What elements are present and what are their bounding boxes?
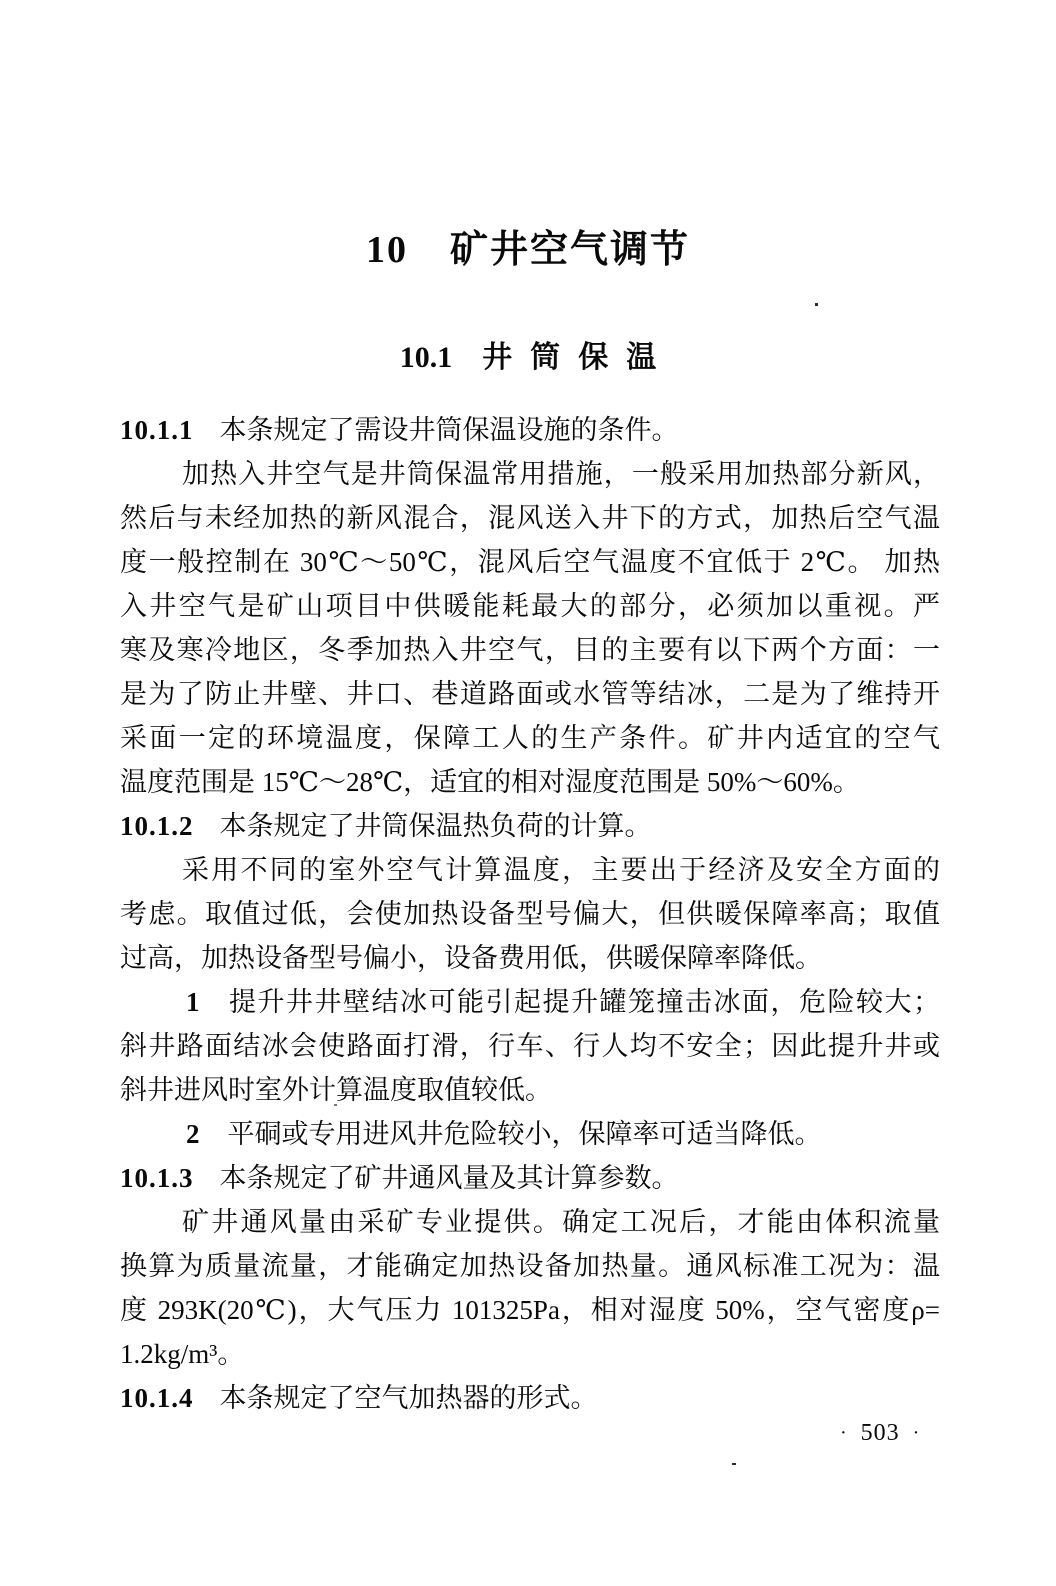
clause-text: 本条规定了空气加热器的形式。	[220, 1383, 598, 1413]
scan-speck	[815, 303, 818, 306]
text-line: 换算为质量流量，才能确定加热设备加热量。通风标准工况为：温	[120, 1244, 940, 1288]
text-line: 考虑。取值过低，会使加热设备型号偏大，但供暖保障率高；取值	[120, 892, 940, 936]
clause-number: 10.1.4	[120, 1383, 194, 1413]
text-line: 度 293K(20℃)，大气压力 101325Pa，相对湿度 50%，空气密度ρ…	[120, 1288, 940, 1332]
clause-number: 10.1.3	[120, 1163, 194, 1193]
clause-text: 本条规定了矿井通风量及其计算参数。	[220, 1163, 679, 1193]
text-line: 矿井通风量由采矿专业提供。确定工况后，才能由体积流量	[120, 1200, 940, 1244]
page-number-left-dot: ·	[840, 1419, 848, 1447]
item-text: 提升井井壁结冰可能引起提升罐笼撞击冰面，危险较大；	[228, 987, 941, 1017]
clause-number: 10.1.1	[120, 415, 194, 445]
clause-number: 10.1.2	[120, 811, 194, 841]
scan-speck	[334, 1104, 337, 1106]
page-number-right-dot: ·	[913, 1419, 921, 1447]
text-line: 加热入井空气是井筒保温常用措施，一般采用加热部分新风，	[120, 452, 940, 496]
text-line: 1.2kg/m³。	[120, 1332, 940, 1376]
text-line: 然后与未经加热的新风混合，混风送入井下的方式，加热后空气温	[120, 496, 940, 540]
scan-speck	[732, 1463, 736, 1465]
section-heading: 10.1井筒保温	[0, 340, 1056, 376]
body-text: 10.1.1本条规定了需设井筒保温设施的条件。加热入井空气是井筒保温常用措施，一…	[120, 408, 940, 1420]
clause-line: 10.1.1本条规定了需设井筒保温设施的条件。	[120, 408, 940, 452]
clause-text: 本条规定了井筒保温热负荷的计算。	[220, 811, 652, 841]
item-number: 1	[186, 987, 200, 1017]
text-line: 过高，加热设备型号偏小，设备费用低，供暖保障率降低。	[120, 936, 940, 980]
text-line: 是为了防止井壁、井口、巷道路面或水管等结冰，二是为了维持开	[120, 672, 940, 716]
text-line: 采用不同的室外空气计算温度，主要出于经济及安全方面的	[120, 848, 940, 892]
clause-text: 本条规定了需设井筒保温设施的条件。	[220, 415, 679, 445]
page-number: · 503 ·	[840, 1419, 920, 1447]
chapter-title: 10矿井空气调节	[0, 228, 1056, 272]
clause-line: 10.1.4本条规定了空气加热器的形式。	[120, 1376, 940, 1420]
chapter-title-text: 矿井空气调节	[450, 229, 690, 271]
text-line: 斜井进风时室外计算温度取值较低。	[120, 1068, 940, 1112]
text-line: 采面一定的环境温度，保障工人的生产条件。矿井内适宜的空气	[120, 716, 940, 760]
text-line: 寒及寒冷地区，冬季加热入井空气，目的主要有以下两个方面：一	[120, 628, 940, 672]
numbered-item-line: 1提升井井壁结冰可能引起提升罐笼撞击冰面，危险较大；	[120, 980, 940, 1024]
item-number: 2	[186, 1119, 200, 1149]
section-title-text: 井筒保温	[482, 341, 674, 374]
item-text: 平硐或专用进风井危险较小，保障率可适当降低。	[228, 1119, 822, 1149]
document-page: 10矿井空气调节 10.1井筒保温 10.1.1本条规定了需设井筒保温设施的条件…	[0, 0, 1056, 1586]
section-number: 10.1	[400, 341, 453, 374]
text-line: 入井空气是矿山项目中供暖能耗最大的部分，必须加以重视。严	[120, 584, 940, 628]
clause-line: 10.1.3本条规定了矿井通风量及其计算参数。	[120, 1156, 940, 1200]
text-line: 温度范围是 15℃～28℃，适宜的相对湿度范围是 50%～60%。	[120, 760, 940, 804]
page-number-value: 503	[861, 1419, 900, 1447]
numbered-item-line: 2平硐或专用进风井危险较小，保障率可适当降低。	[120, 1112, 940, 1156]
clause-line: 10.1.2本条规定了井筒保温热负荷的计算。	[120, 804, 940, 848]
text-line: 斜井路面结冰会使路面打滑，行车、行人均不安全；因此提升井或	[120, 1024, 940, 1068]
text-line: 度一般控制在 30℃～50℃，混风后空气温度不宜低于 2℃。 加热	[120, 540, 940, 584]
chapter-number: 10	[366, 229, 408, 271]
